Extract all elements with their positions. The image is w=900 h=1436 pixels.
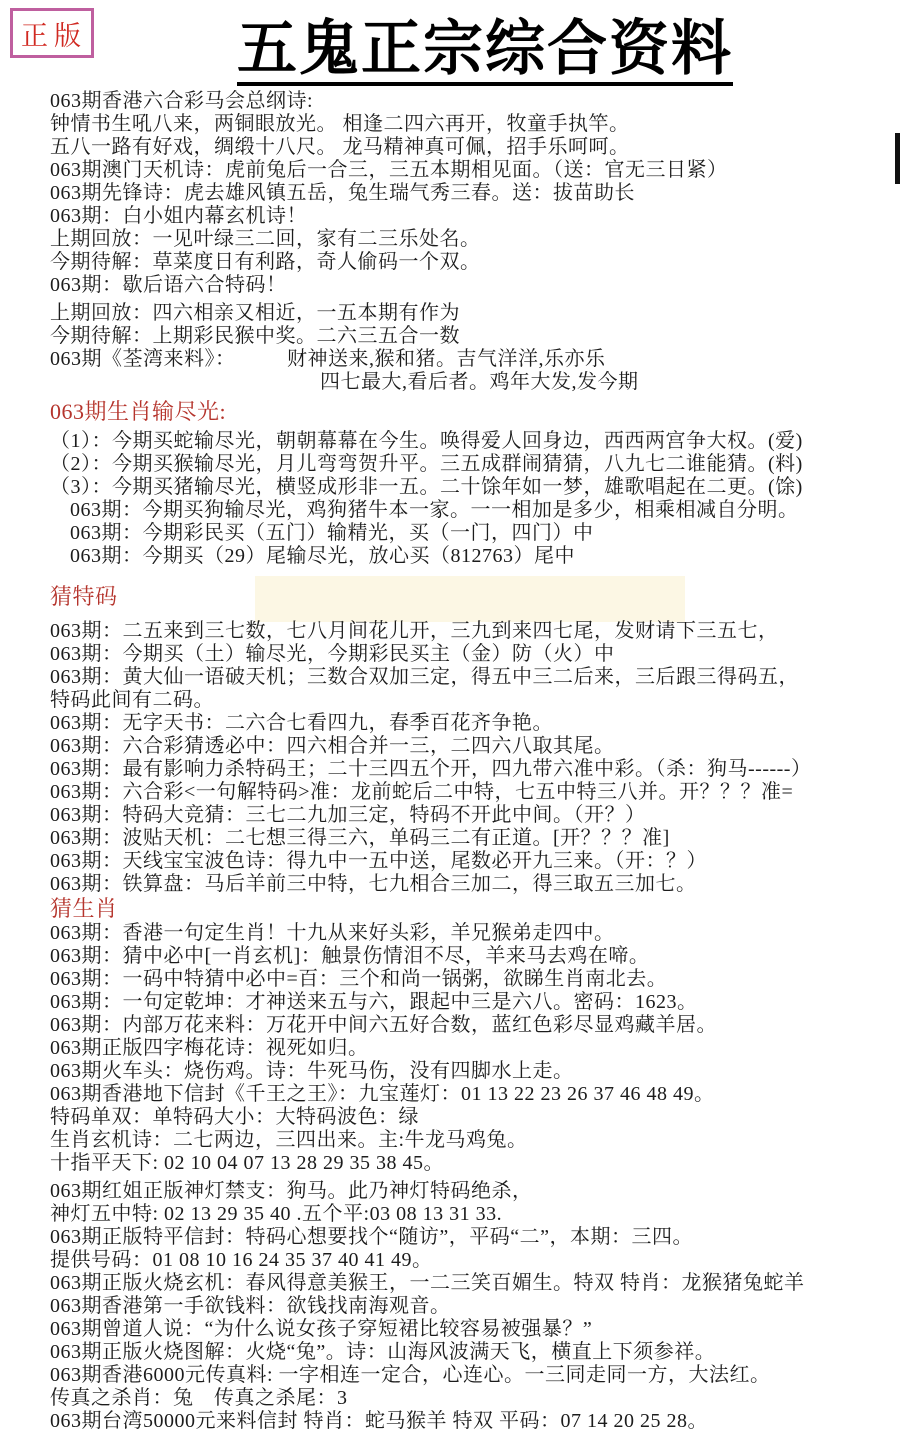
doc-line: 十指平天下: 02 10 04 07 13 28 29 35 38 45。 [50,1152,886,1175]
doc-line: 063期曾道人说：“为什么说女孩子穿短裙比较容易被强暴？” [50,1318,886,1341]
header: 五鬼正宗综合资料 [0,0,900,86]
doc-line: 四七最大,看后者。鸡年大发,发今期 [50,371,886,394]
doc-line: 生肖玄机诗：二七两边，三四出来。主:牛龙马鸡兔。 [50,1129,886,1152]
doc-line: 063期：最有影响力杀特码王；二十三四五个开，四九带六准中彩。（杀：狗马----… [50,758,886,781]
page-title: 五鬼正宗综合资料 [237,16,733,86]
authentic-badge: 正版 [10,8,94,58]
doc-line: （3）：今期买猪输尽光，横竖成形非一五。二十馀年如一梦，雄歌唱起在二更。(馀) [50,476,886,499]
doc-body: 063期香港六合彩马会总纲诗:钟情书生吼八来，两铜眼放光。 相逢二四六再开，牧童… [0,86,900,1433]
doc-line: （2）：今期买猴输尽光，月儿弯弯贺升平。三五成群闹猜猜，八九七二谁能猜。(料) [50,453,886,476]
doc-line: 063期正版四字梅花诗：视死如归。 [50,1037,886,1060]
doc-line: 063期：今期买狗输尽光，鸡狗猪牛本一家。一一相加是多少，相乘相减自分明。 [50,499,886,522]
doc-line: 提供号码：01 08 10 16 24 35 37 40 41 49。 [50,1249,886,1272]
doc-line: 063期香港第一手欲钱料：欲钱找南海观音。 [50,1295,886,1318]
doc-line: 今期待解：上期彩民猴中奖。二六三五合一数 [50,325,886,348]
doc-line: 063期香港六合彩马会总纲诗: [50,90,886,113]
doc-line: 063期：香港一句定生肖！十九从来好头彩，羊兄猴弟走四中。 [50,922,886,945]
doc-line: 063期：二五来到三七数，七八月间花儿开，三九到来四七尾，发财请下三五七， [50,620,886,643]
document-page: 正版 五鬼正宗综合资料 063期香港六合彩马会总纲诗:钟情书生吼八来，两铜眼放光… [0,0,900,1436]
doc-line: 猜生肖 [50,896,886,922]
doc-line: 063期：黄大仙一语破天机；三数合双加三定，得五中三二后来，三后跟三得码五， [50,666,886,689]
doc-line: 特码此间有二码。 [50,689,886,712]
doc-line: 063期：天线宝宝波色诗：得九中一五中送，尾数必开九三来。（开：？） [50,850,886,873]
authentic-badge-label: 正版 [21,14,87,53]
doc-line: 063期：一句定乾坤：才神送来五与六，跟起中三是六八。密码：1623。 [50,991,886,1014]
doc-line: 063期：白小姐内幕玄机诗！ [50,205,886,228]
doc-line: 063期正版火烧玄机：春风得意美猴王，一二三笑百媚生。特双 特肖：龙猴猪兔蛇羊 [50,1272,886,1295]
doc-line: 063期：六合彩<一句解特码>准：龙前蛇后二中特，七五中特三八并。开？？？准= [50,781,886,804]
doc-line: 063期：猜中必中[一肖玄机]：触景伤情泪不尽，羊来马去鸡在啼。 [50,945,886,968]
doc-line: 063期澳门天机诗：虎前兔后一合三，三五本期相见面。（送：官无三日紧） [50,159,886,182]
doc-line: 063期：六合彩猜透必中：四六相合并一三，二四六八取其尾。 [50,735,886,758]
doc-line: 063期香港6000元传真料: 一字相连一定合，心连心。一三同走同一方，大法红。 [50,1364,886,1387]
doc-line: 五八一路有好戏，绸缎十八尺。 龙马精神真可佩，招手乐呵呵。 [50,136,886,159]
doc-line: 今期待解：草菜度日有利路，奇人偷码一个双。 [50,251,886,274]
doc-line: 063期：铁算盘：马后羊前三中特，七九相合三加二，得三取五三加七。 [50,873,886,896]
doc-line: 063期：特码大竞猜：三七二九加三定，特码不开此中间。（开？） [50,804,886,827]
doc-line: 063期：内部万花来料：万花开中间六五好合数，蓝红色彩尽显鸡藏羊居。 [50,1014,886,1037]
doc-line: 063期火车头：烧伤鸡。诗：牛死马伤，没有四脚水上走。 [50,1060,886,1083]
doc-line: 上期回放：一见叶绿三二回，家有二三乐处名。 [50,228,886,251]
doc-line: 传真之杀肖：兔 传真之杀尾：3 [50,1387,886,1410]
doc-line: 063期：今期买（土）输尽光，今期彩民买主（金）防（火）中 [50,643,886,666]
doc-line: 063期：一码中特猜中必中=百：三个和尚一锅粥，欲睇生肖南北去。 [50,968,886,991]
doc-line: 063期：歇后语六合特码！ [50,274,886,297]
doc-line: 钟情书生吼八来，两铜眼放光。 相逢二四六再开，牧童手执竿。 [50,113,886,136]
doc-line: 上期回放：四六相亲又相近，一五本期有作为 [50,302,886,325]
doc-line: （1）：今期买蛇输尽光，朝朝幕幕在今生。唤得爱人回身边，西西两宫争大权。(爱) [50,430,886,453]
doc-line: 063期：波贴天机：二七想三得三六，单码三二有正道。[开？？？准] [50,827,886,850]
doc-line: 063期正版火烧图解：火烧“兔”。诗：山海风波满天飞，横直上下须参祥。 [50,1341,886,1364]
doc-line: 063期生肖输尽光: [50,399,886,425]
doc-line: 063期《荃湾来料》： 财神送来,猴和猪。吉气洋洋,乐亦乐 [50,348,886,371]
doc-line: 猜特码 [50,584,886,610]
doc-line: 063期红姐正版神灯禁支：狗马。此乃神灯特码绝杀， [50,1180,886,1203]
doc-line: 063期先锋诗：虎去雄风镇五岳，兔生瑞气秀三春。送：拔苗助长 [50,182,886,205]
doc-line: 063期香港地下信封《千王之王》：九宝莲灯：01 13 22 23 26 37 … [50,1083,886,1106]
doc-line: 神灯五中特: 02 13 29 35 40 .五个平:03 08 13 31 3… [50,1203,886,1226]
doc-line: 063期：今期彩民买（五门）输精光，买（一门，四门）中 [50,522,886,545]
doc-line: 特码单双：单特码大小：大特码波色：绿 [50,1106,886,1129]
doc-line: 063期台湾50000元来料信封 特肖：蛇马猴羊 特双 平码：07 14 20 … [50,1410,886,1433]
doc-line: 063期：无字天书：二六合七看四九，春季百花齐争艳。 [50,712,886,735]
doc-line: 063期正版特平信封：特码心想要找个“随访”，平码“二”，本期：三四。 [50,1226,886,1249]
doc-line: 063期：今期买（29）尾输尽光，放心买（812763）尾中 [50,545,886,568]
